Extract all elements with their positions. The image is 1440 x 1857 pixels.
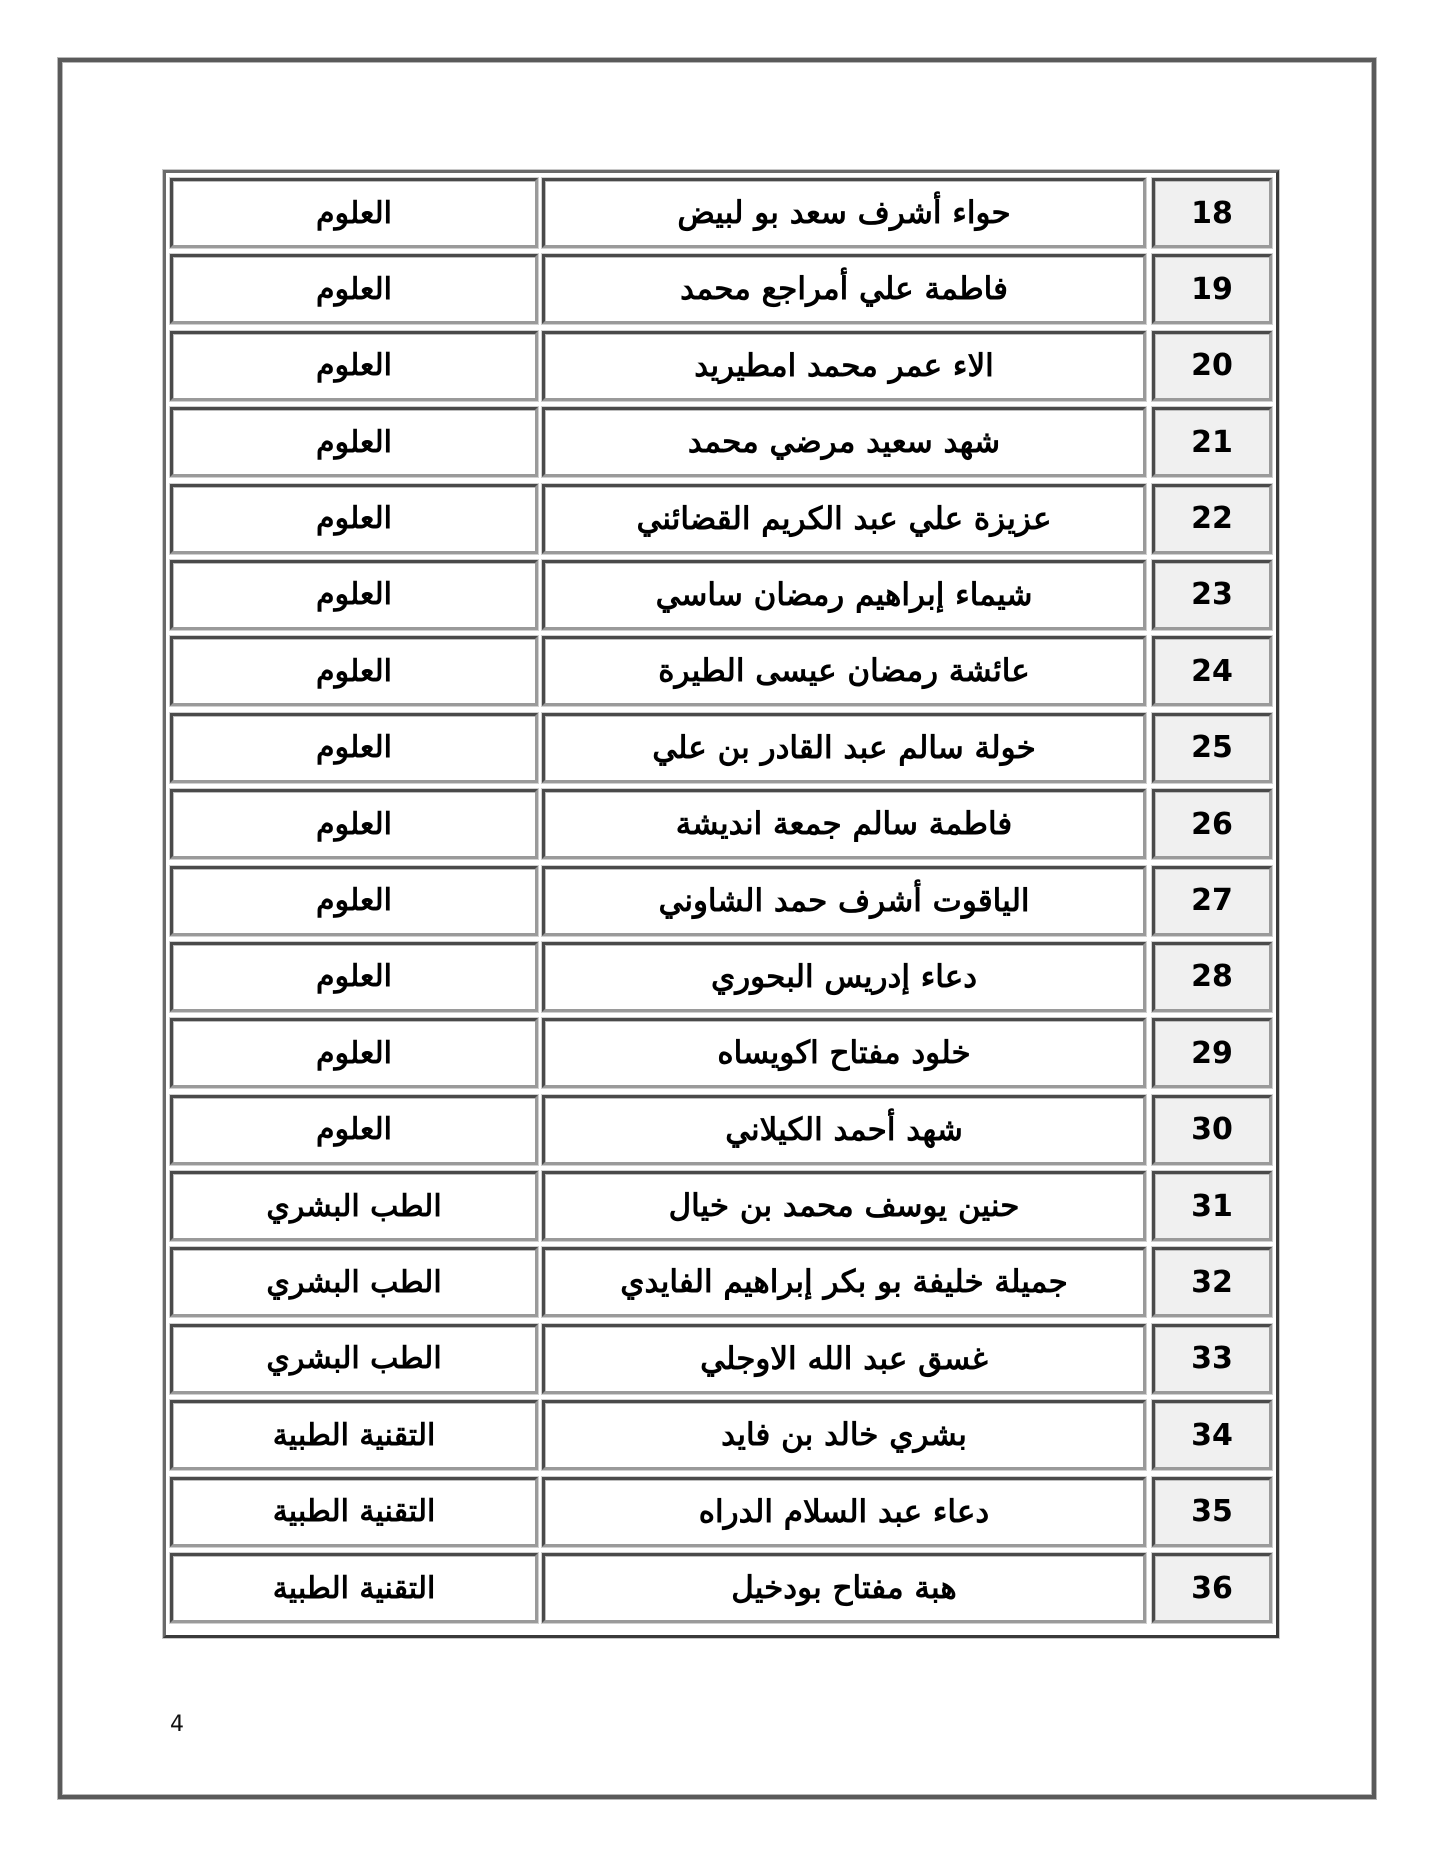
serial-number-cell: 30: [1152, 1095, 1272, 1165]
student-name-cell: فاطمة علي أمراجع محمد: [542, 254, 1146, 324]
department-cell: الطب البشري: [170, 1171, 538, 1241]
table-row: العلومفاطمة علي أمراجع محمد19: [170, 254, 1272, 324]
serial-number-cell: 22: [1152, 484, 1272, 554]
table-row: التقنية الطبيةبشري خالد بن فايد34: [170, 1400, 1272, 1470]
serial-number-cell: 18: [1152, 178, 1272, 248]
table-row: العلومعزيزة علي عبد الكريم القضائني22: [170, 484, 1272, 554]
student-name-cell: دعاء عبد السلام الدراه: [542, 1477, 1146, 1547]
department-cell: العلوم: [170, 1018, 538, 1088]
student-name-cell: عائشة رمضان عيسى الطيرة: [542, 636, 1146, 706]
student-roster-table: العلومحواء أشرف سعد بو لبيض18العلومفاطمة…: [163, 170, 1279, 1638]
table-row: العلومشيماء إبراهيم رمضان ساسي23: [170, 560, 1272, 630]
department-cell: العلوم: [170, 866, 538, 936]
department-cell: الطب البشري: [170, 1324, 538, 1394]
department-cell: العلوم: [170, 1095, 538, 1165]
student-name-cell: خلود مفتاح اكويساه: [542, 1018, 1146, 1088]
table-row: الطب البشريحنين يوسف محمد بن خيال31: [170, 1171, 1272, 1241]
serial-number-cell: 21: [1152, 407, 1272, 477]
department-cell: التقنية الطبية: [170, 1553, 538, 1623]
serial-number-cell: 32: [1152, 1247, 1272, 1317]
table-row: العلومشهد أحمد الكيلاني30: [170, 1095, 1272, 1165]
serial-number-cell: 36: [1152, 1553, 1272, 1623]
student-name-cell: عزيزة علي عبد الكريم القضائني: [542, 484, 1146, 554]
department-cell: العلوم: [170, 484, 538, 554]
department-cell: العلوم: [170, 407, 538, 477]
table-row: العلومحواء أشرف سعد بو لبيض18: [170, 178, 1272, 248]
student-name-cell: بشري خالد بن فايد: [542, 1400, 1146, 1470]
department-cell: التقنية الطبية: [170, 1400, 538, 1470]
serial-number-cell: 27: [1152, 866, 1272, 936]
roster-table-body: العلومحواء أشرف سعد بو لبيض18العلومفاطمة…: [170, 178, 1272, 1623]
table-row: العلومعائشة رمضان عيسى الطيرة24: [170, 636, 1272, 706]
table-row: العلومالياقوت أشرف حمد الشاوني27: [170, 866, 1272, 936]
student-name-cell: الاء عمر محمد امطيريد: [542, 331, 1146, 401]
student-name-cell: شهد سعيد مرضي محمد: [542, 407, 1146, 477]
serial-number-cell: 23: [1152, 560, 1272, 630]
department-cell: العلوم: [170, 178, 538, 248]
table-row: العلومخولة سالم عبد القادر بن علي25: [170, 713, 1272, 783]
student-name-cell: خولة سالم عبد القادر بن علي: [542, 713, 1146, 783]
page-number: 4: [170, 1712, 184, 1737]
serial-number-cell: 25: [1152, 713, 1272, 783]
department-cell: العلوم: [170, 789, 538, 859]
student-name-cell: حواء أشرف سعد بو لبيض: [542, 178, 1146, 248]
student-name-cell: حنين يوسف محمد بن خيال: [542, 1171, 1146, 1241]
serial-number-cell: 29: [1152, 1018, 1272, 1088]
table-row: العلومدعاء إدريس البحوري28: [170, 942, 1272, 1012]
table-row: التقنية الطبيةهبة مفتاح بودخيل36: [170, 1553, 1272, 1623]
department-cell: العلوم: [170, 560, 538, 630]
table-row: العلومشهد سعيد مرضي محمد21: [170, 407, 1272, 477]
table-row: العلومفاطمة سالم جمعة انديشة26: [170, 789, 1272, 859]
serial-number-cell: 24: [1152, 636, 1272, 706]
serial-number-cell: 35: [1152, 1477, 1272, 1547]
department-cell: العلوم: [170, 254, 538, 324]
serial-number-cell: 34: [1152, 1400, 1272, 1470]
table-row: العلومالاء عمر محمد امطيريد20: [170, 331, 1272, 401]
department-cell: التقنية الطبية: [170, 1477, 538, 1547]
table-row: العلومخلود مفتاح اكويساه29: [170, 1018, 1272, 1088]
serial-number-cell: 33: [1152, 1324, 1272, 1394]
serial-number-cell: 19: [1152, 254, 1272, 324]
student-name-cell: شيماء إبراهيم رمضان ساسي: [542, 560, 1146, 630]
student-name-cell: شهد أحمد الكيلاني: [542, 1095, 1146, 1165]
table-row: الطب البشريجميلة خليفة بو بكر إبراهيم ال…: [170, 1247, 1272, 1317]
department-cell: العلوم: [170, 713, 538, 783]
student-name-cell: جميلة خليفة بو بكر إبراهيم الفايدي: [542, 1247, 1146, 1317]
table-row: التقنية الطبيةدعاء عبد السلام الدراه35: [170, 1477, 1272, 1547]
student-name-cell: الياقوت أشرف حمد الشاوني: [542, 866, 1146, 936]
department-cell: العلوم: [170, 636, 538, 706]
serial-number-cell: 28: [1152, 942, 1272, 1012]
serial-number-cell: 26: [1152, 789, 1272, 859]
department-cell: العلوم: [170, 942, 538, 1012]
department-cell: العلوم: [170, 331, 538, 401]
serial-number-cell: 20: [1152, 331, 1272, 401]
department-cell: الطب البشري: [170, 1247, 538, 1317]
student-name-cell: فاطمة سالم جمعة انديشة: [542, 789, 1146, 859]
student-name-cell: دعاء إدريس البحوري: [542, 942, 1146, 1012]
student-name-cell: هبة مفتاح بودخيل: [542, 1553, 1146, 1623]
table-row: الطب البشريغسق عبد الله الاوجلي33: [170, 1324, 1272, 1394]
student-name-cell: غسق عبد الله الاوجلي: [542, 1324, 1146, 1394]
serial-number-cell: 31: [1152, 1171, 1272, 1241]
